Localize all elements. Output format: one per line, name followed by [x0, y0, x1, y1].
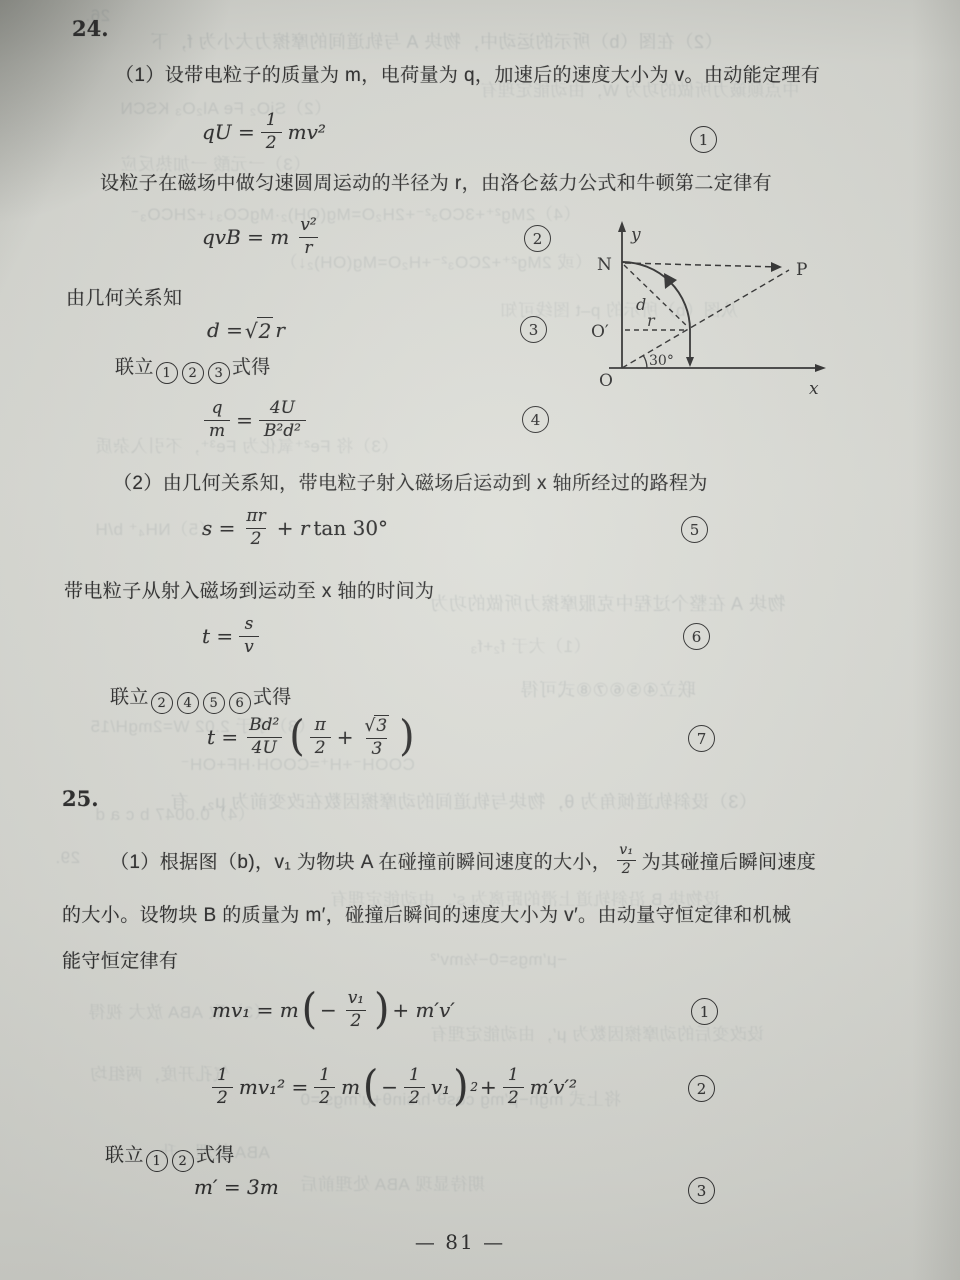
ghost-text: （或 2Mg²⁺+2CO₃²⁻+H₂O=Mg(OH)₂↓）: [280, 248, 592, 273]
eq-plus-term: + r: [277, 516, 310, 540]
equation-momentum-conservation: mv₁ = m ( − v₁ 2 ) + m′v′: [210, 980, 457, 1040]
right-paren: ): [399, 718, 414, 756]
right-paren: ): [374, 991, 389, 1029]
equation-3-chord: d = √ 2 r: [205, 300, 287, 360]
eq-lhs: qvB = m: [202, 225, 289, 249]
ghost-text: （2）在图（b）所示的运动中，物块 A 与轨道间的摩擦力大小为 f，下: [150, 28, 723, 54]
equation-energy-conservation: 1 2 mv₁² = 1 2 m ( − 1 2 v₁ ) 2 + 1 2 m′…: [208, 1057, 579, 1117]
equation-tag-25-3: 3: [688, 1177, 715, 1204]
ghost-text: （4）2Mg²⁺+3CO₃²⁻+2H₂O=Mg(OH)₂·MgCO₃↓+2HCO…: [130, 200, 580, 225]
circled-ref-1: 1: [156, 362, 178, 384]
y-axis-arrow: [618, 221, 626, 232]
ghost-text: −μ′mgs=0−½mv′²: [430, 950, 567, 970]
circled-ref-1: 1: [146, 1150, 168, 1172]
label-chord-d: d: [636, 295, 646, 314]
label-radius-r: r: [647, 311, 656, 330]
equation-tag-7: 7: [688, 725, 715, 752]
equation-7-time-result: t = Bd² 4U ( π 2 + √3 3 ): [205, 707, 415, 767]
minus-sign: −: [381, 1075, 398, 1099]
plus-sign: +: [480, 1075, 497, 1099]
fraction: v² r: [295, 216, 321, 258]
equation-6-time: t = s v: [200, 606, 263, 666]
equation-5-path-length: s = πr 2 + r tan 30°: [200, 498, 390, 558]
circled-ref-3: 3: [208, 362, 230, 384]
label-angle-30: 30°: [649, 353, 674, 369]
label-point-n: N: [597, 255, 612, 275]
label-point-oprime: O′: [591, 322, 609, 342]
ghost-text: 29.: [55, 848, 80, 868]
page-number: — 81 —: [360, 1230, 560, 1254]
fraction: 1 2: [261, 111, 282, 153]
equation-tag-5: 5: [681, 516, 708, 543]
problem-25-number: 25.: [62, 786, 99, 811]
minus-sign: −: [320, 998, 337, 1022]
circled-ref-2: 2: [151, 692, 173, 714]
label-point-p: P: [796, 260, 807, 280]
p24-time-intro: 带电粒子从射入磁场到运动至 x 轴的时间为: [64, 576, 434, 603]
left-paren: (: [363, 1068, 378, 1106]
p24-part1-intro: （1）设带电粒子的质量为 m，电荷量为 q，加速后的速度大小为 v。由动能定理有: [115, 60, 820, 87]
equation-tag-2: 2: [524, 225, 551, 252]
p24-geometry-note: 由几何关系知: [66, 283, 182, 310]
equation-tag-25-1: 1: [691, 998, 718, 1025]
fraction: q m: [204, 399, 230, 441]
textbook-answer-page: 26. （2）在图（b）所示的运动中，物块 A 与轨道间的摩擦力大小为 f，下 …: [0, 0, 960, 1280]
ghost-text: （1）大于 f₂+f₃: [470, 632, 591, 657]
eq-lhs: t =: [207, 725, 238, 749]
p24-combine-123: 联立123式得: [115, 352, 271, 384]
fraction: v₁ 2: [343, 989, 369, 1031]
label-x-axis: x: [809, 379, 819, 399]
equation-4-charge-mass-ratio: q m = 4U B²d²: [200, 390, 310, 450]
equation-tag-4: 4: [522, 406, 549, 433]
ghost-text: （5）NH₄⁺ b/H: [95, 515, 216, 540]
ghost-text: 设改变后的动摩擦因数为 μ′，由动能定理有: [430, 1020, 764, 1045]
circled-ref-2: 2: [172, 1150, 194, 1172]
exit-velocity-arrow: [686, 357, 694, 367]
fraction: 1 2: [314, 1066, 335, 1108]
ghost-text: 物块 A 在整个过程中克服摩擦力所做的功为: [430, 590, 786, 616]
eq-lhs: qU =: [202, 120, 255, 144]
p25-intro-line2: 的大小。设物块 B 的质量为 m′，碰撞后瞬间的速度大小为 v′。由动量守恒定律…: [62, 900, 791, 927]
circled-ref-2: 2: [182, 362, 204, 384]
eq-rhs: r: [275, 318, 285, 342]
magnetic-field-trajectory-diagram: y x O N P O′ d r 30°: [583, 218, 838, 413]
right-paren: ): [453, 1068, 468, 1106]
ghost-text: 期待显现 ABA 处理前后: [300, 1170, 485, 1195]
equation-tag-6: 6: [683, 623, 710, 650]
label-y-axis: y: [630, 225, 641, 245]
eq-rhs: mv²: [288, 120, 326, 144]
equation-1-kinetic-energy: qU = 1 2 mv²: [200, 102, 328, 162]
equation-tag-1: 1: [690, 126, 717, 153]
fraction: 4U B²d²: [259, 399, 306, 441]
equation-mass-result: m′ = 3m: [192, 1163, 281, 1211]
eq-lhs: t =: [202, 624, 233, 648]
fraction: Bd² 4U: [244, 716, 284, 758]
ghost-text: 联立④⑤⑥⑦⑧式可得: [520, 676, 696, 702]
fraction: 1 2: [503, 1066, 524, 1108]
p25-intro-line3: 能守恒定律有: [62, 946, 178, 973]
fraction: π 2: [310, 716, 331, 758]
equation-tag-25-2: 2: [688, 1075, 715, 1102]
fraction: s v: [239, 615, 259, 657]
inline-fraction: v₁ 2: [614, 843, 638, 877]
fraction: 1 2: [212, 1066, 233, 1108]
fraction: 1 2: [404, 1066, 425, 1108]
plus-sign: +: [337, 725, 354, 749]
np-arrow: [771, 262, 782, 272]
squared-exponent: 2: [470, 1080, 478, 1094]
circled-ref-4: 4: [177, 692, 199, 714]
eq-rhs: + m′v′: [392, 998, 454, 1022]
p24-part2-intro: （2）由几何关系知，带电粒子射入磁场后运动到 x 轴所经过的路程为: [113, 468, 708, 495]
equation-2-lorentz: qvB = m v² r: [200, 207, 326, 267]
ghost-text: （4）0.0047 b c a d: [95, 800, 255, 825]
square-root: √ 2: [245, 317, 273, 343]
eq-lhs: d =: [207, 318, 243, 342]
problem-24-number: 24.: [72, 16, 109, 41]
eq-lhs: s =: [202, 516, 235, 540]
x-axis-arrow: [815, 364, 826, 372]
eq-lhs: mv₁ = m: [212, 998, 299, 1022]
left-paren: (: [289, 718, 304, 756]
p24-lorentz-intro: 设粒子在磁场中做匀速圆周运动的半径为 r，由洛仑兹力公式和牛顿第二定律有: [100, 168, 772, 195]
ghost-text: （3）设斜轨道倾角为 θ，物块与轨道间的动摩擦因数在改变前为 μ₂，有: [170, 788, 757, 814]
tan-function: tan 30°: [313, 516, 388, 540]
equals: =: [236, 408, 253, 432]
fraction: πr 2: [241, 507, 270, 549]
p25-part1-intro: （1）根据图（b)，v₁ 为物块 A 在碰撞前瞬间速度的大小， v₁ 2 为其碰…: [110, 834, 816, 886]
label-origin: O: [599, 371, 613, 391]
left-paren: (: [302, 991, 317, 1029]
equation-tag-3: 3: [520, 316, 547, 343]
fraction: √3 3: [360, 715, 395, 759]
